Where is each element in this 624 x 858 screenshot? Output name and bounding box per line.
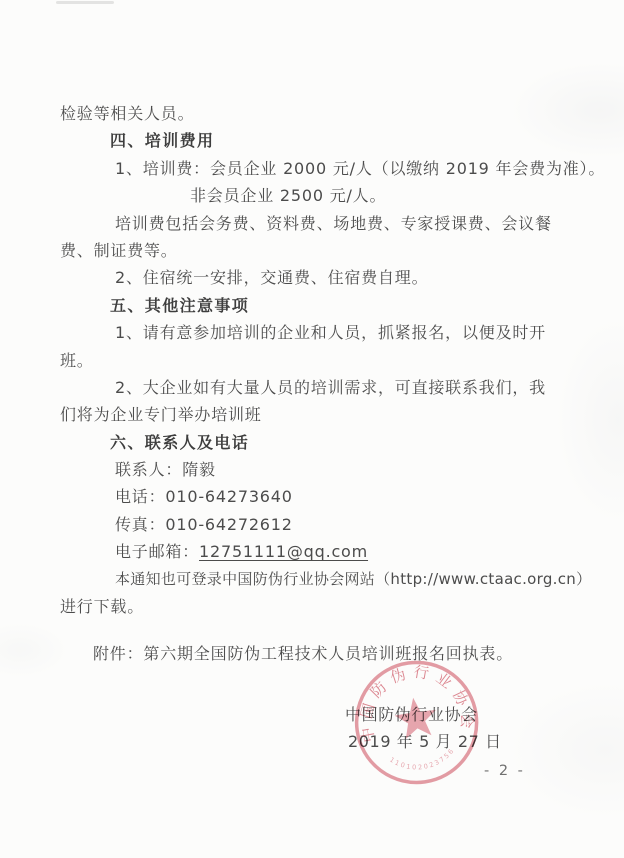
contact-person-line: 联系人：隋毅 xyxy=(60,456,566,483)
email-label: 电子邮箱： xyxy=(115,542,199,561)
section-heading-contact: 六、联系人及电话 xyxy=(60,429,566,456)
fees-note-line1: 培训费包括会务费、资料费、场地费、专家授课费、会议餐 xyxy=(60,210,566,237)
blank-line-spacer xyxy=(60,620,566,640)
notes-item1-line1: 1、请有意参加培训的企业和人员，抓紧报名，以便及时开 xyxy=(60,319,566,346)
fees-item2-line: 2、住宿统一安排，交通费、住宿费自理。 xyxy=(60,264,566,291)
fees-item1-line2: 非会员企业 2500 元/人。 xyxy=(60,182,566,209)
page-number: - 2 - xyxy=(484,763,525,779)
website-download-line1: 本通知也可登录中国防伪行业协会网站（http://www.ctaac.org.c… xyxy=(60,566,566,593)
fees-item1-line1: 1、培训费：会员企业 2000 元/人（以缴纳 2019 年会费为准）。 xyxy=(60,155,566,182)
section-heading-other-notes: 五、其他注意事项 xyxy=(60,292,566,319)
official-seal-stamp: 中国防伪行业协会 110102023756 xyxy=(330,635,511,816)
email-address: 12751111@qq.com xyxy=(199,542,368,561)
contact-email-line: 电子邮箱：12751111@qq.com xyxy=(60,538,566,565)
seal-star-icon xyxy=(392,695,439,740)
scan-artifact-streak xyxy=(56,1,114,4)
section-heading-training-fees: 四、培训费用 xyxy=(60,127,566,154)
contact-phone-line: 电话：010-64273640 xyxy=(60,483,566,510)
seal-serial-number: 110102023756 xyxy=(387,745,458,775)
scanned-document-page: 检验等相关人员。 四、培训费用 1、培训费：会员企业 2000 元/人（以缴纳 … xyxy=(0,0,624,858)
svg-text:110102023756: 110102023756 xyxy=(387,745,458,775)
intro-continuation-line: 检验等相关人员。 xyxy=(60,100,566,127)
notes-item2-line2: 们将为企业专门举办培训班 xyxy=(60,401,566,428)
website-download-line2: 进行下载。 xyxy=(60,593,566,620)
notes-item2-line1: 2、大企业如有大量人员的培训需求，可直接联系我们，我 xyxy=(60,374,566,401)
notes-item1-line2: 班。 xyxy=(60,347,566,374)
contact-fax-line: 传真：010-64272612 xyxy=(60,511,566,538)
fees-note-line2: 费、制证费等。 xyxy=(60,237,566,264)
